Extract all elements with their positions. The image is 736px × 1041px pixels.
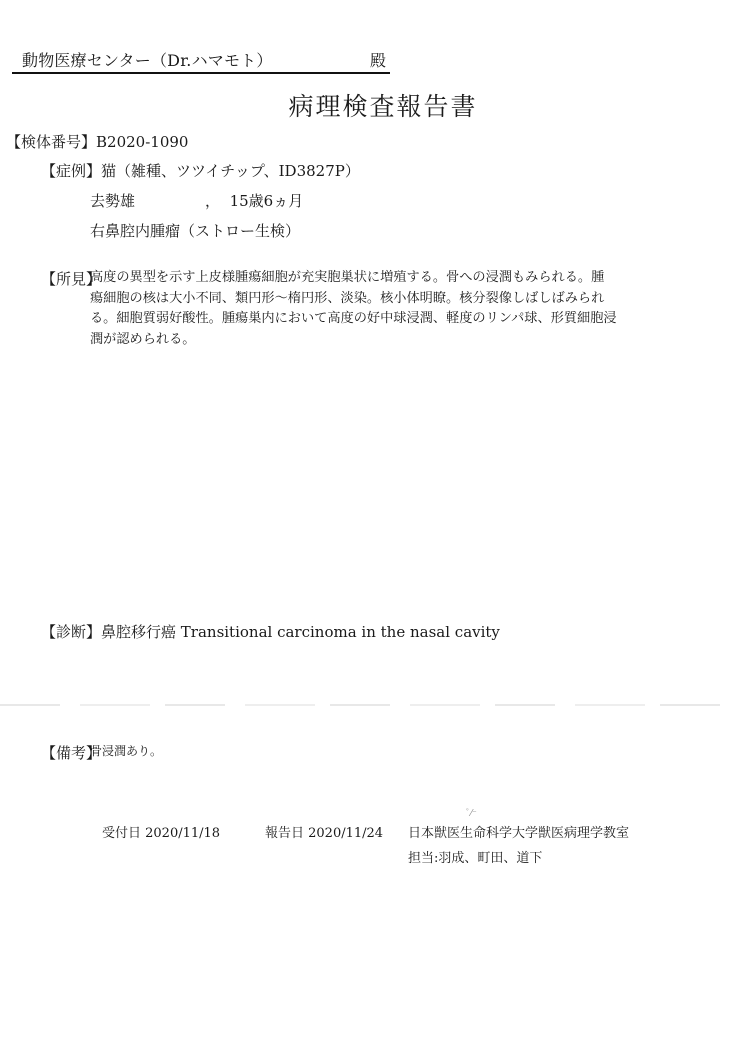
findings-line: 高度の異型を示す上皮様腫瘍細胞が充実胞巣状に増殖する。骨への浸潤もみられる。腫 (90, 268, 485, 289)
staff-names: 担当:羽成、町田、道下 (408, 847, 542, 866)
addressee-underline (12, 72, 390, 74)
honorific: 殿 (370, 48, 386, 71)
diagnosis-value: 鼻腔移行癌 Transitional carcinoma in the nasa… (101, 621, 500, 642)
specimen-number-label: 【検体番号】 (6, 131, 96, 152)
case-lesion: 右鼻腔内腫瘤（ストロー生検） (90, 220, 300, 241)
remarks-value: 骨浸潤あり。 (90, 742, 162, 759)
document-title: 病理検査報告書 (0, 87, 736, 123)
scan-streak (0, 704, 736, 706)
specimen-number-value: B2020-1090 (96, 133, 188, 151)
findings-line: る。細胞質弱好酸性。腫瘍巣内において高度の好中球浸潤、軽度のリンパ球、形質細胞浸 (90, 309, 485, 330)
findings-line: 潤が認められる。 (90, 330, 485, 351)
findings-text: 高度の異型を示す上皮様腫瘍細胞が充実胞巣状に増殖する。骨への浸潤もみられる。腫 … (90, 268, 485, 350)
case-row: 【症例】猫（雑種、ツツイチップ、ID3827P） (41, 160, 360, 181)
findings-line: 瘍細胞の核は大小不同、類円形～楕円形、淡染。核小体明瞭。核分裂像しばしばみられ (90, 289, 485, 310)
case-age: 15歳6ヵ月 (230, 192, 304, 210)
specimen-number-row: 【検体番号】B2020-1090 (6, 131, 188, 152)
case-label: 【症例】 (41, 160, 101, 181)
case-separator: ， (205, 192, 220, 210)
laboratory-name: 日本獣医生命科学大学獣医病理学教室 (408, 822, 629, 841)
case-sex: 去勢雄 (90, 192, 135, 210)
diagnosis-row: 【診断】鼻腔移行癌 Transitional carcinoma in the … (41, 621, 500, 642)
report-date: 報告日 2020/11/24 (265, 822, 383, 841)
handwritten-mark: ﾟ⁄⁻ (466, 806, 477, 819)
case-animal: 猫（雑種、ツツイチップ、ID3827P） (101, 160, 360, 181)
received-date: 受付日 2020/11/18 (102, 822, 220, 841)
case-sex-age: 去勢雄， 15歳6ヵ月 (90, 190, 303, 211)
addressee: 動物医療センター（Dr.ハマモト） (22, 48, 273, 71)
diagnosis-label: 【診断】 (41, 621, 101, 642)
